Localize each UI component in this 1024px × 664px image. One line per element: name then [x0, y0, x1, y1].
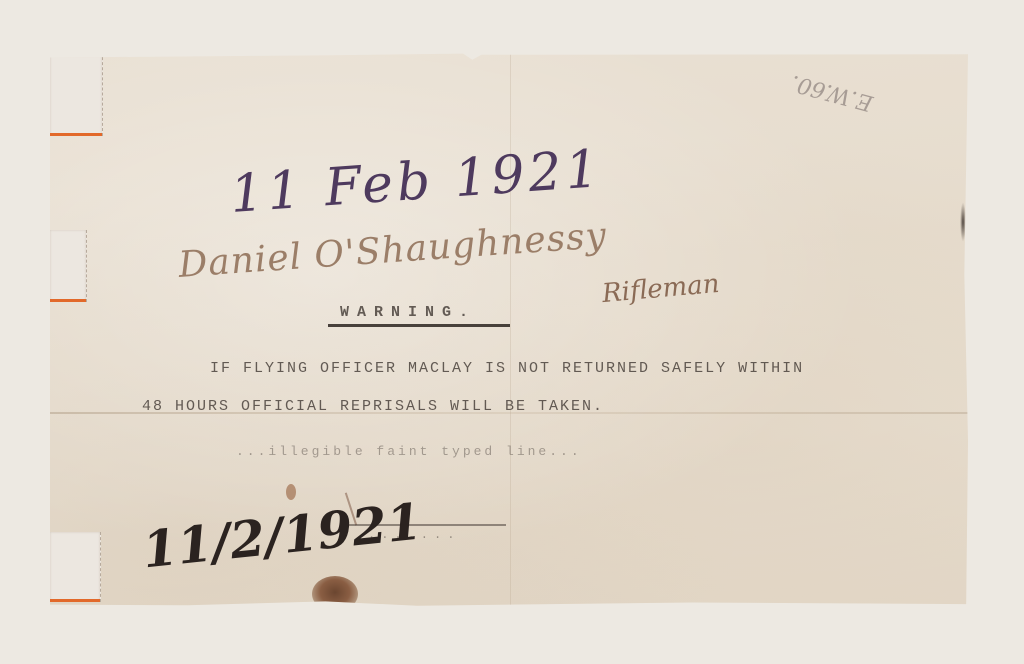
typed-line-1: IF FLYING OFFICER MACLAY IS NOT RETURNED… — [210, 360, 804, 377]
warning-heading: WARNING. — [340, 304, 476, 321]
ink-stain-small — [286, 484, 296, 500]
orange-stripe — [50, 299, 86, 302]
document-sheet: E.W.60. 11 Feb 1921 Daniel O'Shaughnessy… — [50, 52, 968, 608]
typed-line-3-faint: ...illegible faint typed line... — [236, 444, 582, 459]
orange-stripe — [50, 133, 102, 136]
catalog-number: E.W.60. — [788, 70, 875, 116]
fold-crease-vertical — [510, 52, 511, 608]
binding-tab-top — [50, 52, 103, 136]
handwritten-signature: Daniel O'Shaughnessy — [177, 215, 608, 286]
handwritten-date-top: 11 Feb 1921 — [228, 139, 604, 225]
binding-tab-middle — [50, 230, 87, 302]
handwritten-rank: Rifleman — [601, 269, 721, 309]
orange-stripe — [50, 599, 100, 602]
edge-mark — [960, 202, 966, 242]
heading-underline — [328, 324, 510, 327]
typed-line-2: 48 HOURS OFFICIAL REPRISALS WILL BE TAKE… — [142, 398, 604, 415]
binding-tab-bottom — [50, 532, 101, 602]
ink-stain — [312, 576, 358, 612]
handwritten-date-bottom: 11/2/1921 — [140, 492, 425, 580]
